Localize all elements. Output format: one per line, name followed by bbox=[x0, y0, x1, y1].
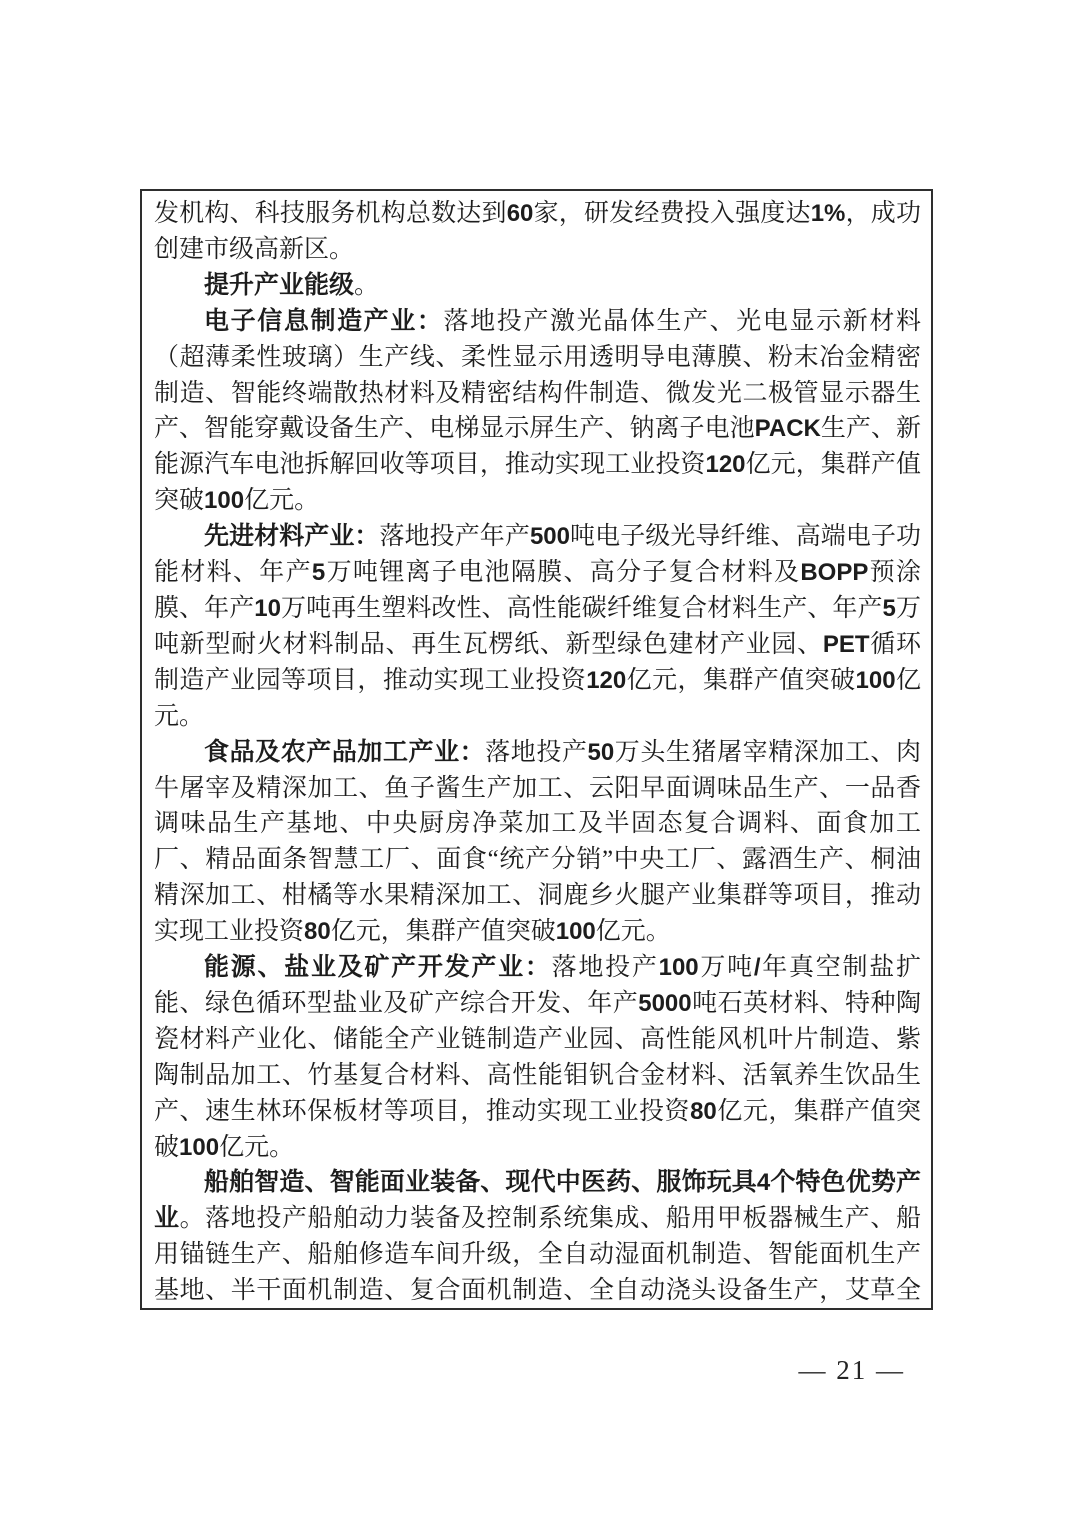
paragraph: 先进材料产业：落地投产年产500吨电子级光导纤维、高端电子功能材料、年产5万吨锂… bbox=[154, 519, 921, 734]
paragraph-text: 落地投产50万头生猪屠宰精深加工、肉牛屠宰及精深加工、鱼子酱生产加工、云阳早面调… bbox=[154, 739, 921, 946]
paragraph-heading: 能源、盐业及矿产开发产业： bbox=[204, 954, 552, 981]
paragraph: 电子信息制造产业：落地投产激光晶体生产、光电显示新材料（超薄柔性玻璃）生产线、柔… bbox=[154, 304, 921, 519]
paragraph-text: 落地投产激光晶体生产、光电显示新材料（超薄柔性玻璃）生产线、柔性显示用透明导电薄… bbox=[154, 308, 921, 515]
paragraph: 船舶智造、智能面业装备、现代中医药、服饰玩具4个特色优势产业。落地投产船舶动力装… bbox=[154, 1165, 921, 1310]
paragraph-heading: 提升产业能级 bbox=[204, 272, 354, 299]
paragraph-text: 。 bbox=[354, 272, 379, 299]
text-frame: 发机构、科技服务机构总数达到60家，研发经费投入强度达1%，成功创建市级高新区。… bbox=[140, 189, 933, 1310]
paragraph-heading: 电子信息制造产业： bbox=[204, 308, 444, 335]
paragraph-text: 落地投产年产500吨电子级光导纤维、高端电子功能材料、年产5万吨锂离子电池隔膜、… bbox=[154, 523, 921, 730]
paragraph: 食品及农产品加工产业：落地投产50万头生猪屠宰精深加工、肉牛屠宰及精深加工、鱼子… bbox=[154, 735, 921, 950]
paragraph: 发机构、科技服务机构总数达到60家，研发经费投入强度达1%，成功创建市级高新区。 bbox=[154, 196, 921, 268]
paragraph: 能源、盐业及矿产开发产业：落地投产100万吨/年真空制盐扩能、绿色循环型盐业及矿… bbox=[154, 950, 921, 1165]
paragraph-text: 。落地投产船舶动力装备及控制系统集成、船用甲板器械生产、船用锚链生产、船舶修造车… bbox=[154, 1205, 921, 1310]
paragraph-heading: 食品及农产品加工产业： bbox=[204, 739, 485, 766]
paragraph-text: 发机构、科技服务机构总数达到60家，研发经费投入强度达1%，成功创建市级高新区。 bbox=[154, 200, 921, 263]
page-number: — 21 — bbox=[140, 1355, 933, 1386]
paragraph-text: 落地投产100万吨/年真空制盐扩能、绿色循环型盐业及矿产综合开发、年产5000吨… bbox=[154, 954, 921, 1161]
paragraph-heading: 先进材料产业： bbox=[204, 523, 380, 550]
paragraph: 提升产业能级。 bbox=[154, 268, 921, 304]
